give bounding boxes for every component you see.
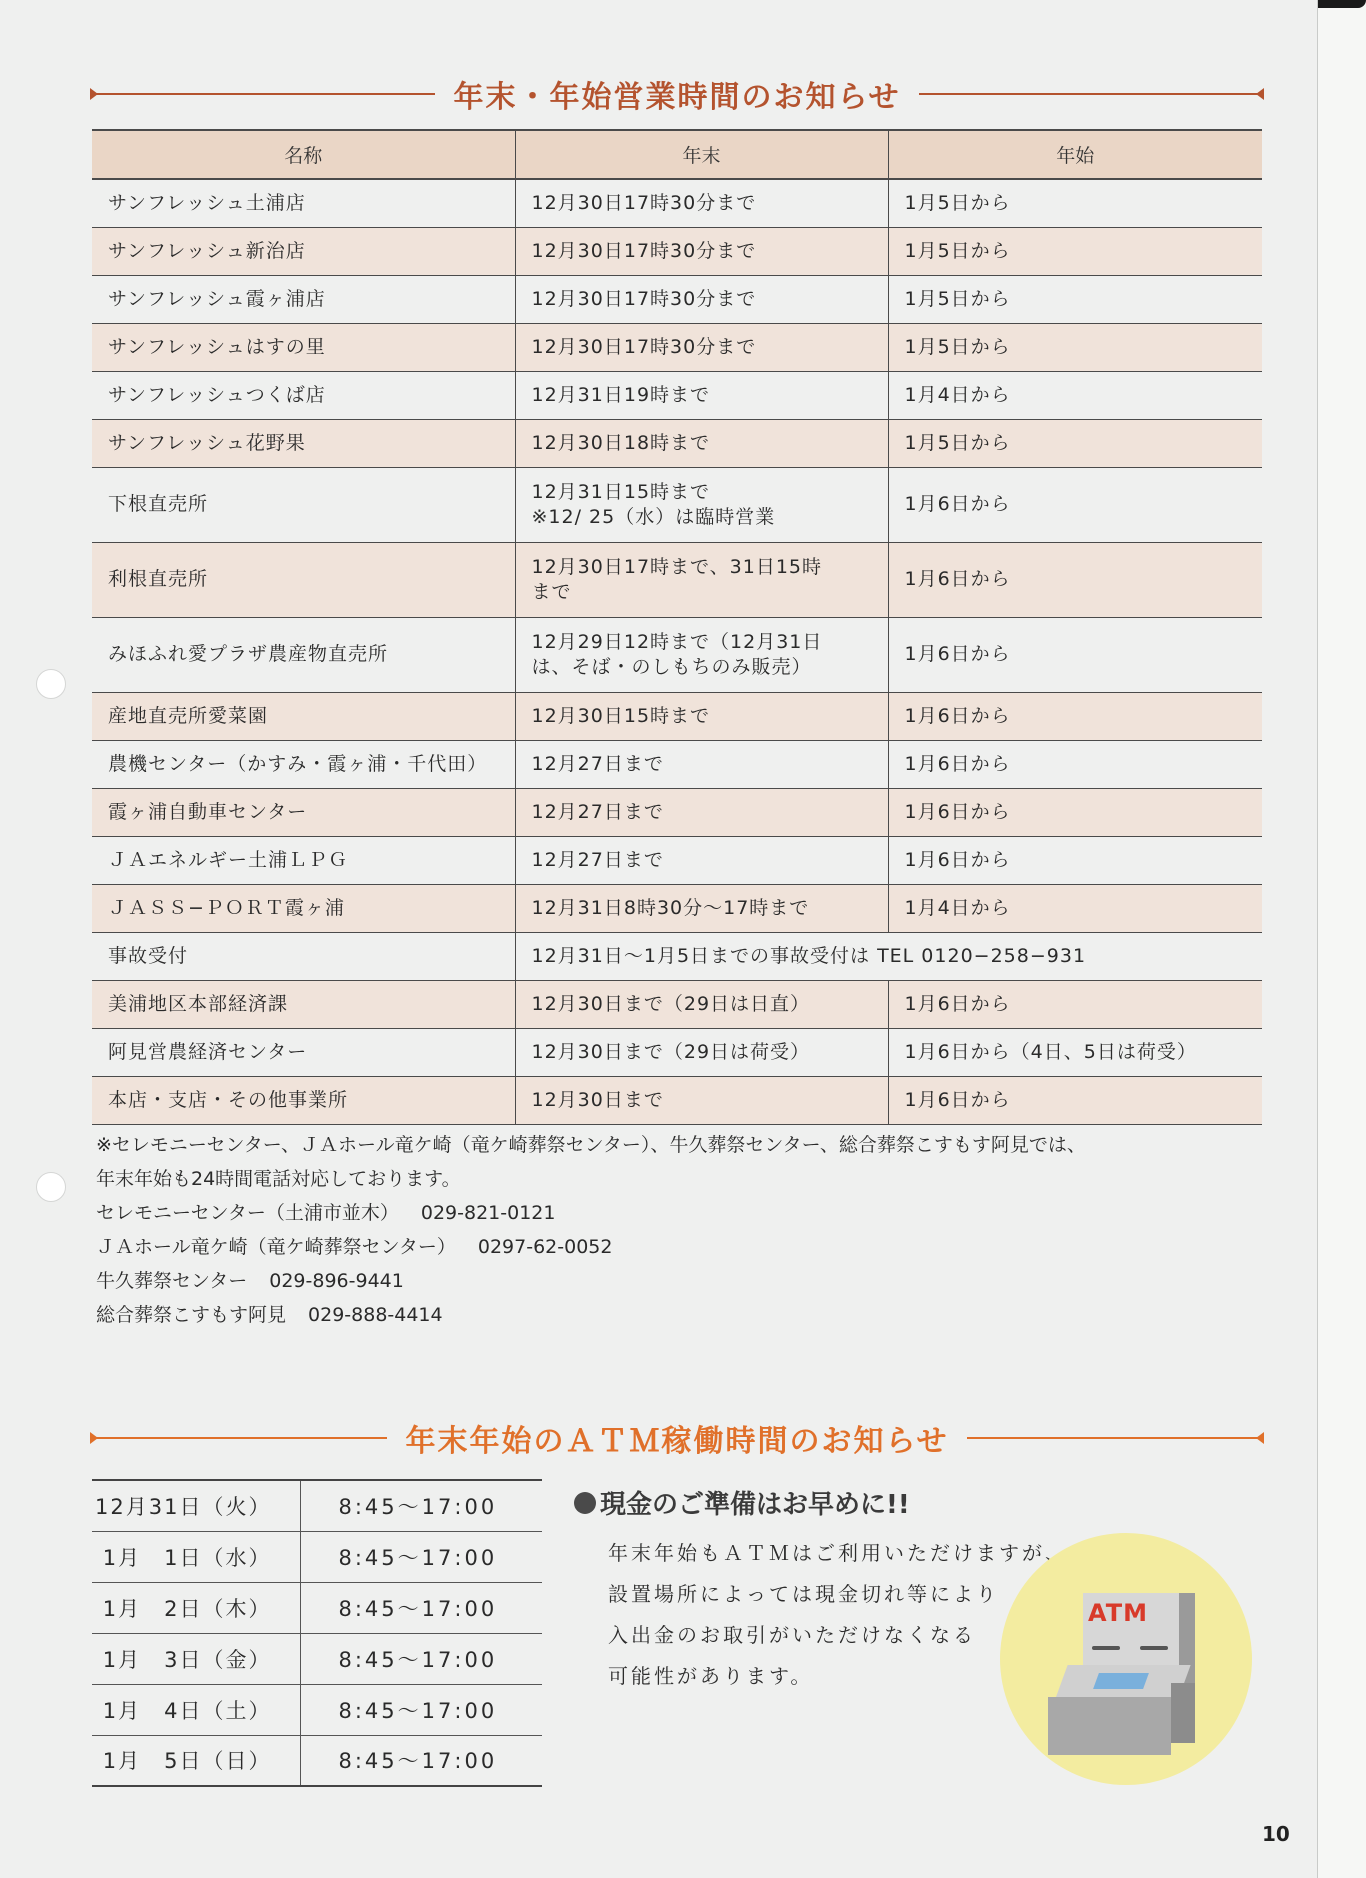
table-row: 本店・支店・その他事業所 12月30日まで 1月6日から [92, 1076, 1262, 1124]
year-start-date: 1月6日から [888, 617, 1262, 692]
year-end-hours: 12月27日まで [515, 836, 888, 884]
contact-line: 牛久葬祭センター029-896-9441 [96, 1264, 1276, 1298]
cash-notice-heading: 現金のご準備はお早めに!! [574, 1484, 1094, 1521]
facility-name: サンフレッシュ土浦店 [92, 179, 515, 227]
year-end-hours: 12月30日15時まで [515, 692, 888, 740]
atm-hours: 8:45〜17:00 [300, 1531, 542, 1582]
year-start-date: 1月5日から [888, 419, 1262, 467]
atm-row: 12月31日（火） 8:45〜17:00 [92, 1480, 542, 1531]
table-row: 霞ヶ浦自動車センター 12月27日まで 1月6日から [92, 788, 1262, 836]
facility-name: 利根直売所 [92, 542, 515, 617]
contact-phone: 029-821-0121 [421, 1202, 556, 1224]
atm-date: 1月 5日（日） [92, 1735, 300, 1786]
table-row: サンフレッシュつくば店 12月31日19時まで 1月4日から [92, 371, 1262, 419]
cash-slot-icon [1140, 1646, 1168, 1650]
heading-rule-right [919, 93, 1262, 95]
facility-name: 阿見営農経済センター [92, 1028, 515, 1076]
heading-rule-left [92, 93, 435, 95]
atm-hours: 8:45〜17:00 [300, 1633, 542, 1684]
contact-phone: 0297-62-0052 [478, 1236, 613, 1258]
year-end-hours: 12月30日17時30分まで [515, 227, 888, 275]
table-row: 下根直売所 12月31日15時まで ※12/ 25（水）は臨時営業 1月6日から [92, 467, 1262, 542]
heading-rule-right [967, 1437, 1262, 1439]
year-start-date: 1月6日から [888, 692, 1262, 740]
year-start-date: 1月4日から [888, 371, 1262, 419]
section-title: 年末年始のＡＴＭ稼働時間のお知らせ [387, 1416, 966, 1460]
atm-row: 1月 3日（金） 8:45〜17:00 [92, 1633, 542, 1684]
year-start-date: 1月6日から [888, 980, 1262, 1028]
table-row: 農機センター（かすみ・霞ヶ浦・千代田） 12月27日まで 1月6日から [92, 740, 1262, 788]
year-end-line2: ※12/ 25（水）は臨時営業 [532, 505, 872, 529]
atm-date: 1月 3日（金） [92, 1633, 300, 1684]
card-slot-icon [1092, 1646, 1120, 1650]
atm-machine-illustration: ATM [1000, 1533, 1252, 1785]
cash-notice-line: 年末年始もＡＴＭはご利用いただけますが、 [608, 1533, 1094, 1574]
year-end-hours: 12月30日17時30分まで [515, 323, 888, 371]
column-header-year-start: 年始 [888, 130, 1262, 179]
note-line-1: ※セレモニーセンター、ＪＡホール竜ケ崎（竜ケ崎葬祭センター）、牛久葬祭センター、… [96, 1128, 1276, 1162]
contact-phone: 029-896-9441 [269, 1270, 404, 1292]
atm-sign-text: ATM [1088, 1599, 1148, 1627]
next-page-edge [1318, 0, 1366, 1878]
atm-date: 1月 1日（水） [92, 1531, 300, 1582]
punch-hole-top [36, 669, 66, 699]
year-end-hours: 12月31日19時まで [515, 371, 888, 419]
atm-screen-icon [1093, 1673, 1149, 1689]
atm-date: 1月 4日（土） [92, 1684, 300, 1735]
year-end-line2: まで [532, 580, 872, 604]
atm-row: 1月 5日（日） 8:45〜17:00 [92, 1735, 542, 1786]
year-start-date: 1月6日から [888, 740, 1262, 788]
year-start-date: 1月6日から [888, 788, 1262, 836]
contact-phone: 029-888-4414 [308, 1304, 443, 1326]
table-row: ＪＡＳＳ−ＰＯＲＴ霞ヶ浦 12月31日8時30分〜17時まで 1月4日から [92, 884, 1262, 932]
table-row-accident: 事故受付 12月31日〜1月5日までの事故受付は TEL 0120−258−93… [92, 932, 1262, 980]
table-row: サンフレッシュ土浦店 12月30日17時30分まで 1月5日から [92, 179, 1262, 227]
facility-name: サンフレッシュつくば店 [92, 371, 515, 419]
table-row: サンフレッシュ新治店 12月30日17時30分まで 1月5日から [92, 227, 1262, 275]
year-end-hours: 12月30日17時30分まで [515, 275, 888, 323]
table-row: 美浦地区本部経済課 12月30日まで（29日は日直） 1月6日から [92, 980, 1262, 1028]
funeral-center-notes: ※セレモニーセンター、ＪＡホール竜ケ崎（竜ケ崎葬祭センター）、牛久葬祭センター、… [96, 1128, 1276, 1332]
note-line-2: 年末年始も24時間電話対応しております。 [96, 1162, 1276, 1196]
facility-name: 下根直売所 [92, 467, 515, 542]
year-end-hours: 12月29日12時まで（12月31日 は、そば・のしもちのみ販売） [515, 617, 888, 692]
contact-name: セレモニーセンター（土浦市並木） [96, 1202, 399, 1224]
column-header-year-end: 年末 [515, 130, 888, 179]
table-row: 利根直売所 12月30日17時まで、31日15時 まで 1月6日から [92, 542, 1262, 617]
year-end-hours: 12月27日まで [515, 788, 888, 836]
year-end-hours: 12月30日17時30分まで [515, 179, 888, 227]
year-start-date: 1月6日から [888, 836, 1262, 884]
year-end-hours: 12月30日まで（29日は日直） [515, 980, 888, 1028]
table-header-row: 名称 年末 年始 [92, 130, 1262, 179]
year-end-hours: 12月30日まで（29日は荷受） [515, 1028, 888, 1076]
facility-name: サンフレッシュはすの里 [92, 323, 515, 371]
year-start-date: 1月5日から [888, 179, 1262, 227]
year-start-date: 1月6日から [888, 1076, 1262, 1124]
atm-row: 1月 4日（土） 8:45〜17:00 [92, 1684, 542, 1735]
year-end-hours: 12月30日まで [515, 1076, 888, 1124]
business-hours-table: 名称 年末 年始 サンフレッシュ土浦店 12月30日17時30分まで 1月5日か… [92, 129, 1262, 1125]
contact-name: 牛久葬祭センター [96, 1270, 247, 1292]
section-heading-atm-hours: 年末年始のＡＴＭ稼働時間のお知らせ [92, 1418, 1262, 1458]
facility-name: 農機センター（かすみ・霞ヶ浦・千代田） [92, 740, 515, 788]
table-row: サンフレッシュ花野果 12月30日18時まで 1月5日から [92, 419, 1262, 467]
year-end-hours: 12月27日まで [515, 740, 888, 788]
atm-base-side [1171, 1683, 1195, 1743]
heading-rule-left [92, 1437, 387, 1439]
contact-line: セレモニーセンター（土浦市並木）029-821-0121 [96, 1196, 1276, 1230]
bullet-icon [574, 1492, 596, 1514]
facility-name: サンフレッシュ霞ヶ浦店 [92, 275, 515, 323]
atm-hours: 8:45〜17:00 [300, 1735, 542, 1786]
table-row: 産地直売所愛菜園 12月30日15時まで 1月6日から [92, 692, 1262, 740]
table-row: サンフレッシュはすの里 12月30日17時30分まで 1月5日から [92, 323, 1262, 371]
facility-name: 事故受付 [92, 932, 515, 980]
year-start-date: 1月5日から [888, 275, 1262, 323]
facility-name: みほふれ愛プラザ農産物直売所 [92, 617, 515, 692]
cash-notice-title: 現金のご準備はお早めに!! [600, 1484, 910, 1521]
atm-row: 1月 1日（水） 8:45〜17:00 [92, 1531, 542, 1582]
atm-hours: 8:45〜17:00 [300, 1480, 542, 1531]
punch-hole-bottom [36, 1172, 66, 1202]
year-end-line1: 12月30日17時まで、31日15時 [532, 555, 872, 579]
atm-schedule-table: 12月31日（火） 8:45〜17:00 1月 1日（水） 8:45〜17:00… [92, 1479, 542, 1787]
year-start-date: 1月5日から [888, 227, 1262, 275]
facility-name: ＪＡＳＳ−ＰＯＲＴ霞ヶ浦 [92, 884, 515, 932]
atm-date: 1月 2日（木） [92, 1582, 300, 1633]
facility-name: サンフレッシュ新治店 [92, 227, 515, 275]
year-start-date: 1月4日から [888, 884, 1262, 932]
table-row: みほふれ愛プラザ農産物直売所 12月29日12時まで（12月31日 は、そば・の… [92, 617, 1262, 692]
year-start-date: 1月5日から [888, 323, 1262, 371]
facility-name: 霞ヶ浦自動車センター [92, 788, 515, 836]
page-number: 10 [1262, 1822, 1290, 1846]
table-row: サンフレッシュ霞ヶ浦店 12月30日17時30分まで 1月5日から [92, 275, 1262, 323]
atm-base [1048, 1697, 1171, 1755]
section-title: 年末・年始営業時間のお知らせ [435, 72, 918, 116]
table-row: ＪＡエネルギー土浦ＬＰＧ 12月27日まで 1月6日から [92, 836, 1262, 884]
section-heading-business-hours: 年末・年始営業時間のお知らせ [92, 74, 1262, 114]
year-end-line1: 12月31日15時まで [532, 480, 872, 504]
contact-line: ＪＡホール竜ケ崎（竜ケ崎葬祭センター）0297-62-0052 [96, 1230, 1276, 1264]
page-corner [1318, 0, 1366, 8]
year-end-line1: 12月29日12時まで（12月31日 [532, 630, 872, 654]
atm-date: 12月31日（火） [92, 1480, 300, 1531]
facility-name: 産地直売所愛菜園 [92, 692, 515, 740]
year-start-date: 1月6日から [888, 467, 1262, 542]
year-end-line2: は、そば・のしもちのみ販売） [532, 655, 872, 679]
facility-name: サンフレッシュ花野果 [92, 419, 515, 467]
accident-reception-info: 12月31日〜1月5日までの事故受付は TEL 0120−258−931 [515, 932, 1262, 980]
year-start-date: 1月6日から（4日、5日は荷受） [888, 1028, 1262, 1076]
contact-line: 総合葬祭こすもす阿見029-888-4414 [96, 1298, 1276, 1332]
year-end-hours: 12月31日8時30分〜17時まで [515, 884, 888, 932]
table-row: 阿見営農経済センター 12月30日まで（29日は荷受） 1月6日から（4日、5日… [92, 1028, 1262, 1076]
contact-name: ＪＡホール竜ケ崎（竜ケ崎葬祭センター） [96, 1236, 456, 1258]
atm-row: 1月 2日（木） 8:45〜17:00 [92, 1582, 542, 1633]
atm-hours: 8:45〜17:00 [300, 1582, 542, 1633]
atm-hours: 8:45〜17:00 [300, 1684, 542, 1735]
column-header-name: 名称 [92, 130, 515, 179]
year-end-hours: 12月30日17時まで、31日15時 まで [515, 542, 888, 617]
facility-name: 美浦地区本部経済課 [92, 980, 515, 1028]
facility-name: 本店・支店・その他事業所 [92, 1076, 515, 1124]
contact-name: 総合葬祭こすもす阿見 [96, 1304, 286, 1326]
year-start-date: 1月6日から [888, 542, 1262, 617]
year-end-hours: 12月30日18時まで [515, 419, 888, 467]
year-end-hours: 12月31日15時まで ※12/ 25（水）は臨時営業 [515, 467, 888, 542]
facility-name: ＪＡエネルギー土浦ＬＰＧ [92, 836, 515, 884]
